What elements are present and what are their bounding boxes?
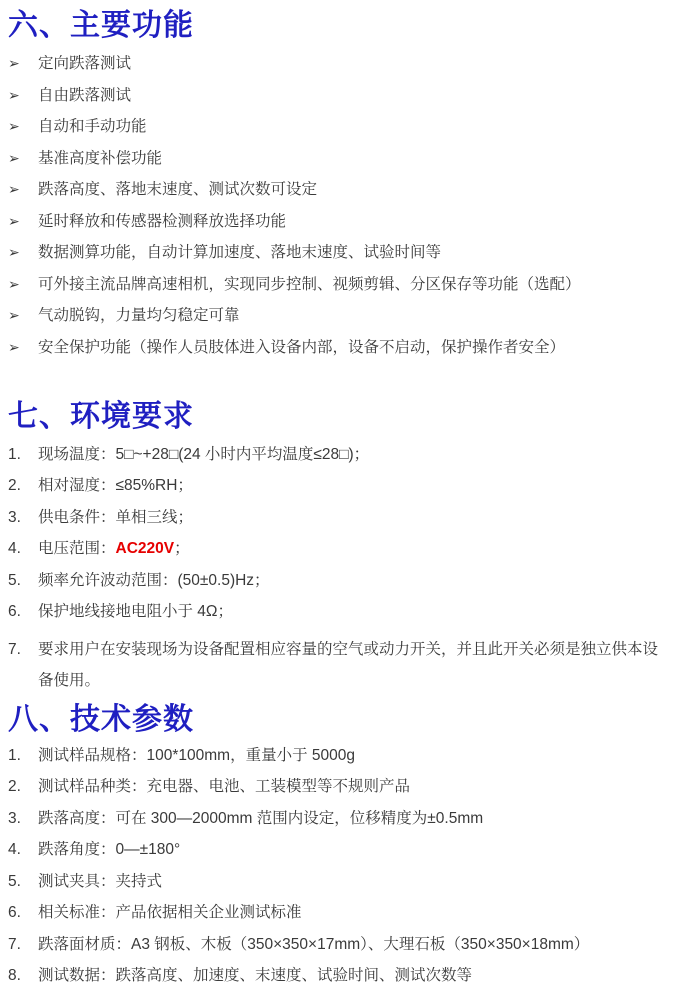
arrow-bullet-icon: ➢ <box>8 117 38 136</box>
list-item: 4.跌落角度：0—±180° <box>8 840 662 859</box>
list-item: 7.跌落面材质：A3 钢板、木板（350×350×17mm）、大理石板（350×… <box>8 935 662 954</box>
list-item-text: 频率允许波动范围：(50±0.5)Hz； <box>38 571 662 590</box>
list-item: 7.要求用户在安装现场为设备配置相应容量的空气或动力开关，并且此开关必须是独立供… <box>8 634 662 696</box>
item-number: 5. <box>8 872 38 891</box>
list-item-text: 气动脱钩，力量均匀稳定可靠 <box>38 306 662 325</box>
item-number: 7. <box>8 935 38 954</box>
list-item: ➢自由跌落测试 <box>8 86 662 105</box>
list-item: ➢安全保护功能（操作人员肢体进入设备内部，设备不启动，保护操作者安全） <box>8 338 662 357</box>
section-environment-requirements: 七、环境要求 1.现场温度：5□~+28□(24 小时内平均温度≤28□)； 2… <box>8 399 662 696</box>
list-item: ➢可外接主流品牌高速相机，实现同步控制、视频剪辑、分区保存等功能（选配） <box>8 275 662 294</box>
list-item: 8.测试数据：跌落高度、加速度、末速度、试验时间、测试次数等 <box>8 966 662 982</box>
list-item-text: 测试夹具：夹持式 <box>38 872 662 891</box>
list-item: ➢自动和手动功能 <box>8 117 662 136</box>
item-number: 2. <box>8 777 38 796</box>
list-item-text: 保护地线接地电阻小于 4Ω； <box>38 602 662 621</box>
item-number: 1. <box>8 445 38 464</box>
list-item: 1.测试样品规格：100*100mm，重量小于 5000g <box>8 746 662 765</box>
environment-list: 1.现场温度：5□~+28□(24 小时内平均温度≤28□)； 2.相对湿度：≤… <box>8 445 662 696</box>
arrow-bullet-icon: ➢ <box>8 243 38 262</box>
item-number: 7. <box>8 634 38 665</box>
arrow-bullet-icon: ➢ <box>8 149 38 168</box>
list-item-text: 测试样品种类：充电器、电池、工装模型等不规则产品 <box>38 777 662 796</box>
list-item-text: 测试样品规格：100*100mm，重量小于 5000g <box>38 746 662 765</box>
list-item: 6.相关标准：产品依据相关企业测试标准 <box>8 903 662 922</box>
voltage-label: 电压范围： <box>38 540 116 557</box>
item-number: 6. <box>8 602 38 621</box>
item-number: 6. <box>8 903 38 922</box>
document-page: 六、主要功能 ➢定向跌落测试 ➢自由跌落测试 ➢自动和手动功能 ➢基准高度补偿功… <box>0 0 698 982</box>
list-item-text: 数据测算功能，自动计算加速度、落地末速度、试验时间等 <box>38 243 662 262</box>
list-item-text: 跌落角度：0—±180° <box>38 840 662 859</box>
list-item: ➢延时释放和传感器检测释放选择功能 <box>8 212 662 231</box>
list-item: 4.电压范围：AC220V； <box>8 539 662 558</box>
item-number: 1. <box>8 746 38 765</box>
item-number: 4. <box>8 539 38 558</box>
list-item-text: 跌落高度、落地末速度、测试次数可设定 <box>38 180 662 199</box>
section-title-main-functions: 六、主要功能 <box>8 8 662 44</box>
arrow-bullet-icon: ➢ <box>8 86 38 105</box>
list-item-text: 基准高度补偿功能 <box>38 149 662 168</box>
item-number: 8. <box>8 966 38 982</box>
list-item-text: 要求用户在安装现场为设备配置相应容量的空气或动力开关，并且此开关必须是独立供本设… <box>38 634 662 696</box>
list-item: ➢数据测算功能，自动计算加速度、落地末速度、试验时间等 <box>8 243 662 262</box>
list-item-text: 现场温度：5□~+28□(24 小时内平均温度≤28□)； <box>38 445 662 464</box>
arrow-bullet-icon: ➢ <box>8 275 38 294</box>
section-title-parameters: 八、技术参数 <box>8 702 662 738</box>
list-item: 5.频率允许波动范围：(50±0.5)Hz； <box>8 571 662 590</box>
list-item-text: 可外接主流品牌高速相机，实现同步控制、视频剪辑、分区保存等功能（选配） <box>38 275 662 294</box>
list-item-text: 自由跌落测试 <box>38 86 662 105</box>
parameters-list: 1.测试样品规格：100*100mm，重量小于 5000g 2.测试样品种类：充… <box>8 746 662 982</box>
item-number: 5. <box>8 571 38 590</box>
arrow-bullet-icon: ➢ <box>8 338 38 357</box>
list-item: 3.跌落高度：可在 300—2000mm 范围内设定，位移精度为±0.5mm <box>8 809 662 828</box>
voltage-highlight: AC220V <box>116 540 175 557</box>
list-item-text: 定向跌落测试 <box>38 54 662 73</box>
list-item-text: 跌落高度：可在 300—2000mm 范围内设定，位移精度为±0.5mm <box>38 809 662 828</box>
arrow-bullet-icon: ➢ <box>8 180 38 199</box>
item-number: 2. <box>8 476 38 495</box>
list-item: 3.供电条件：单相三线； <box>8 508 662 527</box>
arrow-bullet-icon: ➢ <box>8 306 38 325</box>
list-item-text: 自动和手动功能 <box>38 117 662 136</box>
item-number: 4. <box>8 840 38 859</box>
list-item: 2.相对湿度：≤85%RH； <box>8 476 662 495</box>
list-item-text: 电压范围：AC220V； <box>38 539 662 558</box>
voltage-suffix: ； <box>174 540 190 557</box>
list-item-text: 供电条件：单相三线； <box>38 508 662 527</box>
list-item-text: 延时释放和传感器检测释放选择功能 <box>38 212 662 231</box>
list-item: ➢跌落高度、落地末速度、测试次数可设定 <box>8 180 662 199</box>
list-item: ➢定向跌落测试 <box>8 54 662 73</box>
list-item: ➢基准高度补偿功能 <box>8 149 662 168</box>
section-main-functions: 六、主要功能 ➢定向跌落测试 ➢自由跌落测试 ➢自动和手动功能 ➢基准高度补偿功… <box>8 8 662 357</box>
section-title-environment: 七、环境要求 <box>8 399 662 435</box>
item-number: 3. <box>8 809 38 828</box>
list-item-text: 安全保护功能（操作人员肢体进入设备内部，设备不启动，保护操作者安全） <box>38 338 662 357</box>
arrow-bullet-icon: ➢ <box>8 212 38 231</box>
section-technical-parameters: 八、技术参数 1.测试样品规格：100*100mm，重量小于 5000g 2.测… <box>8 702 662 982</box>
list-item-text: 相对湿度：≤85%RH； <box>38 476 662 495</box>
list-item: 5.测试夹具：夹持式 <box>8 872 662 891</box>
list-item-text: 跌落面材质：A3 钢板、木板（350×350×17mm）、大理石板（350×35… <box>38 935 662 954</box>
list-item: ➢气动脱钩，力量均匀稳定可靠 <box>8 306 662 325</box>
list-item-text: 测试数据：跌落高度、加速度、末速度、试验时间、测试次数等 <box>38 966 662 982</box>
list-item-text: 相关标准：产品依据相关企业测试标准 <box>38 903 662 922</box>
features-list: ➢定向跌落测试 ➢自由跌落测试 ➢自动和手动功能 ➢基准高度补偿功能 ➢跌落高度… <box>8 54 662 357</box>
list-item: 6.保护地线接地电阻小于 4Ω； <box>8 602 662 621</box>
list-item: 1.现场温度：5□~+28□(24 小时内平均温度≤28□)； <box>8 445 662 464</box>
item-number: 3. <box>8 508 38 527</box>
list-item: 2.测试样品种类：充电器、电池、工装模型等不规则产品 <box>8 777 662 796</box>
arrow-bullet-icon: ➢ <box>8 54 38 73</box>
